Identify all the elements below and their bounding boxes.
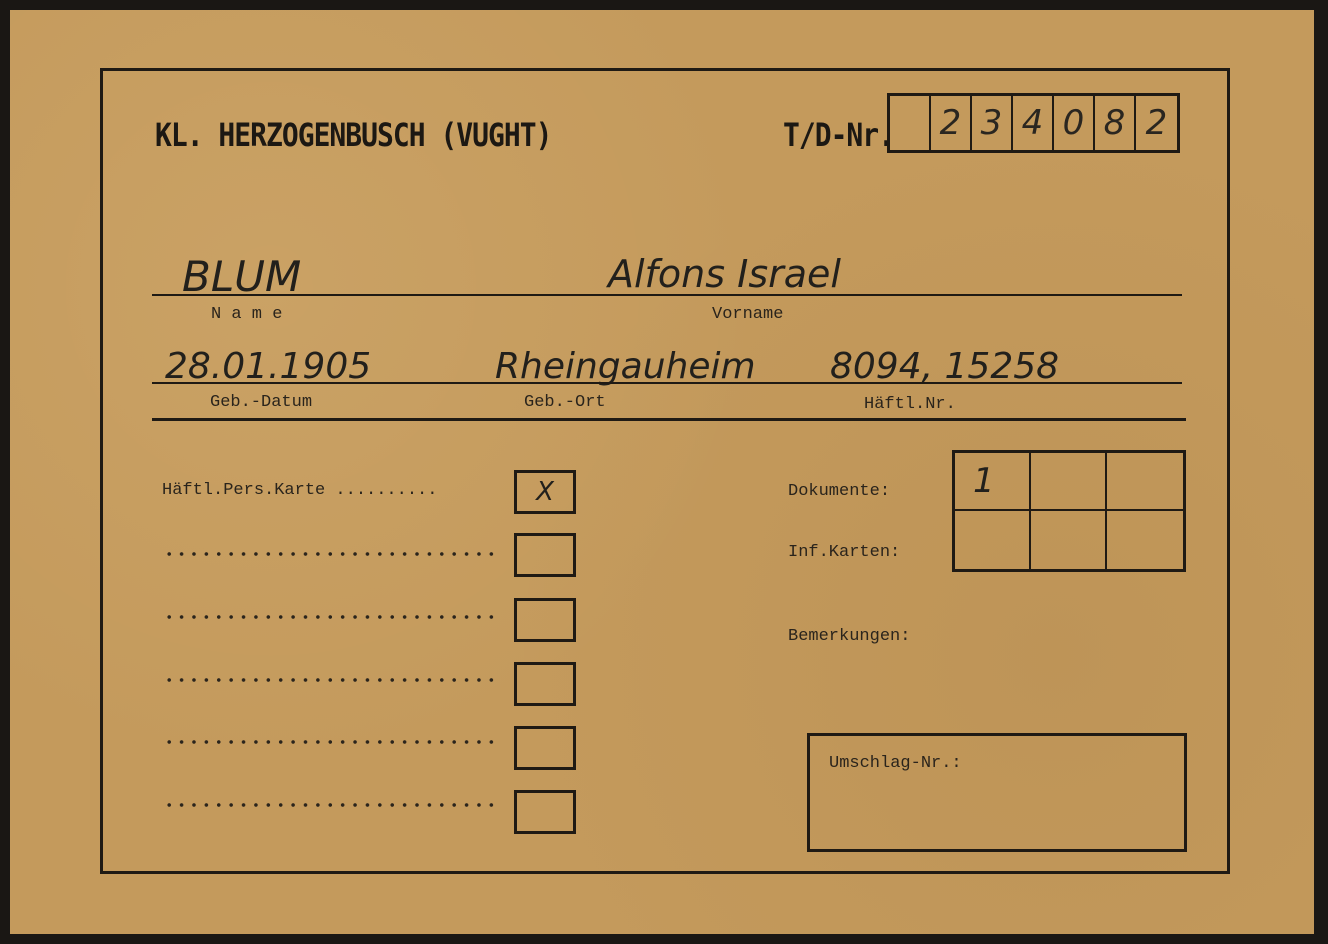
checklist-dotted-line <box>163 615 498 619</box>
geb-datum-value: 28.01.1905 <box>165 346 371 387</box>
checkbox-4[interactable] <box>514 662 576 706</box>
checkbox-6[interactable] <box>514 790 576 834</box>
umschlag-box <box>807 733 1187 852</box>
td-digit: 4 <box>1013 96 1054 150</box>
td-nr-label: T/D-Nr. <box>783 116 894 154</box>
grid-cell[interactable]: 1 <box>955 453 1031 511</box>
dokumente-label: Dokumente: <box>788 482 890 501</box>
vorname-value: Alfons Israel <box>608 252 841 296</box>
birth-underline <box>152 382 1182 384</box>
checkbox-3[interactable] <box>514 598 576 642</box>
card-title: KL. HERZOGENBUSCH (VUGHT) <box>155 116 551 154</box>
td-digit <box>890 96 931 150</box>
grid-cell[interactable] <box>1031 511 1107 569</box>
vorname-label: Vorname <box>712 305 783 324</box>
checklist-dotted-line <box>163 740 498 744</box>
dokumente-grid: 1 <box>952 450 1186 572</box>
checklist-dotted-line <box>163 803 498 807</box>
checkbox-haeftl-pers-karte[interactable]: X <box>514 470 576 514</box>
td-digit: 3 <box>972 96 1013 150</box>
geb-datum-label: Geb.-Datum <box>210 393 312 412</box>
checkbox-5[interactable] <box>514 726 576 770</box>
inf-karten-label: Inf.Karten: <box>788 543 900 562</box>
td-digit: 2 <box>931 96 972 150</box>
grid-cell[interactable] <box>955 511 1031 569</box>
td-digit: 8 <box>1095 96 1136 150</box>
checklist-dotted-line <box>163 552 498 556</box>
grid-cell[interactable] <box>1031 453 1107 511</box>
checklist-dotted-line <box>163 678 498 682</box>
haeftl-nr-value: 8094, 15258 <box>830 346 1059 387</box>
section-divider <box>152 418 1186 421</box>
name-underline <box>152 294 1182 296</box>
geb-ort-label: Geb.-Ort <box>524 393 606 412</box>
td-nr-boxes: 2 3 4 0 8 2 <box>887 93 1180 153</box>
geb-ort-value: Rheingauheim <box>495 346 756 387</box>
grid-cell[interactable] <box>1107 453 1183 511</box>
umschlag-label: Umschlag-Nr.: <box>829 754 962 773</box>
td-digit: 2 <box>1136 96 1177 150</box>
checklist-label-haeftl-pers-karte: Häftl.Pers.Karte .......... <box>162 481 437 500</box>
grid-cell[interactable] <box>1107 511 1183 569</box>
bemerkungen-label: Bemerkungen: <box>788 627 910 646</box>
haeftl-nr-label: Häftl.Nr. <box>864 395 956 414</box>
td-digit: 0 <box>1054 96 1095 150</box>
name-label: N a m e <box>211 305 282 324</box>
checkbox-2[interactable] <box>514 533 576 577</box>
